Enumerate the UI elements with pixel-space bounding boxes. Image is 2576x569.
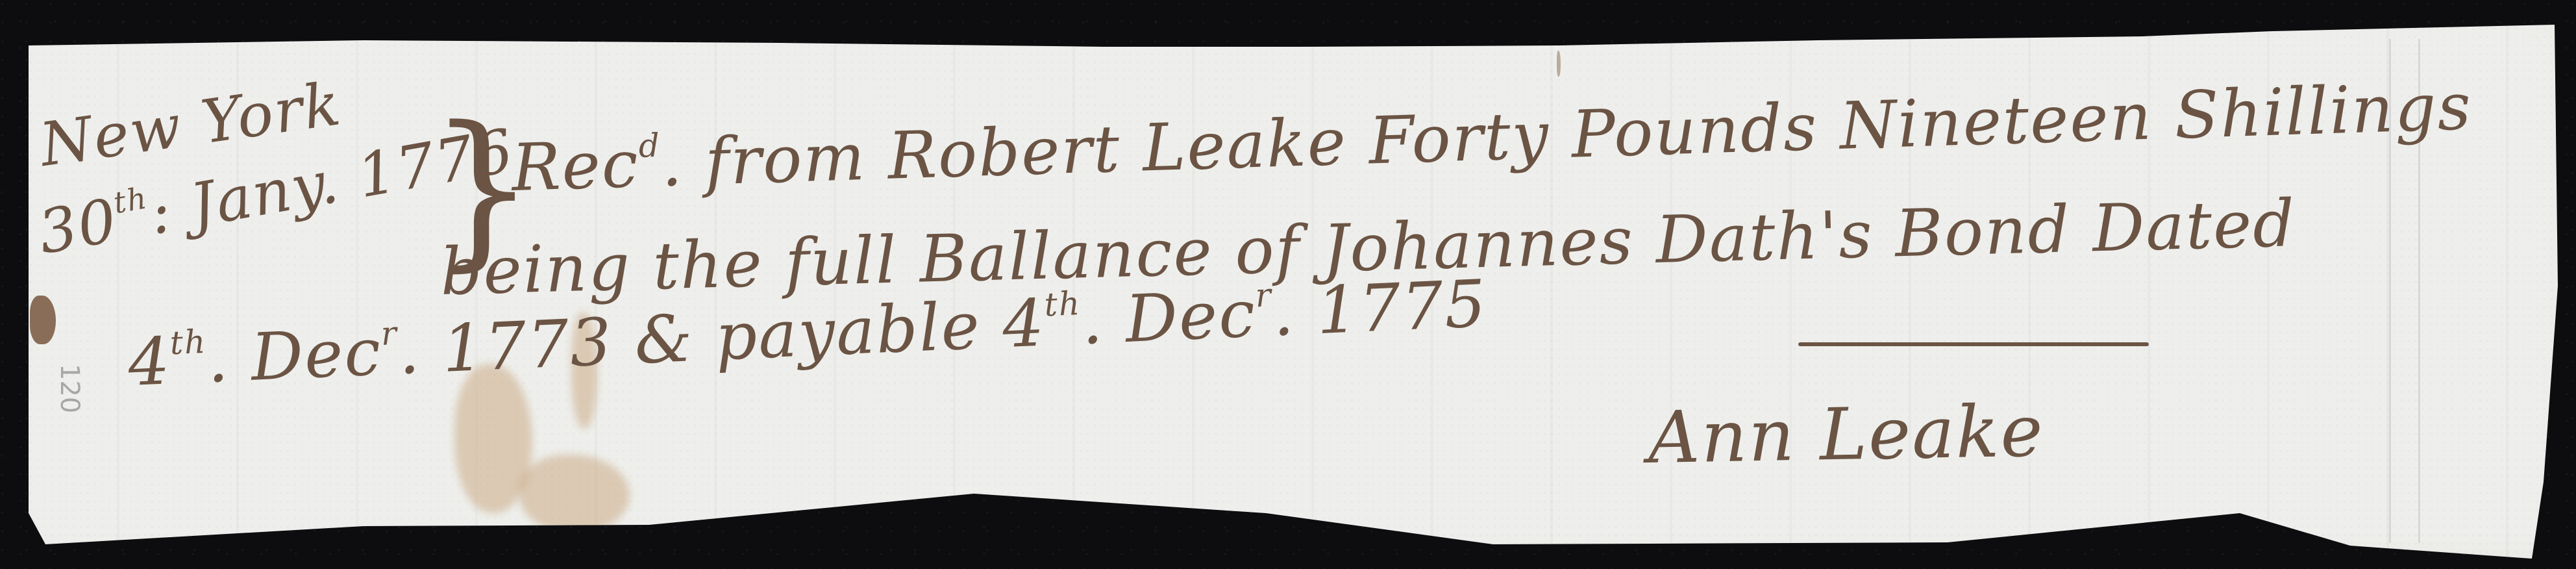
payable-date-month-suffix: r [1254,276,1272,314]
bond-date-month-suffix: r [380,314,398,353]
ink-blot [30,296,56,344]
payable-date-year: . 1775 [1271,266,1489,351]
payable-date-month: . Dec [1080,275,1258,359]
ink-mark [1557,51,1561,77]
received-abbrev-suffix: d [638,127,662,165]
payable-date-day-suffix: th [1043,284,1082,323]
closing-rule [1798,342,2149,346]
date-day-suffix: th [111,180,151,220]
bond-date-month: . Dec [206,314,384,398]
signature: Ann Leake [1648,389,2045,479]
bond-date-day-suffix: th [169,323,208,362]
water-stain [519,455,630,533]
date-day: 30 [33,186,123,268]
payable-date-day: 4 [1001,284,1047,362]
received-abbrev: Rec [510,126,640,206]
pencil-annotation: 120 [55,364,84,413]
bond-date-day: 4 [127,323,173,401]
